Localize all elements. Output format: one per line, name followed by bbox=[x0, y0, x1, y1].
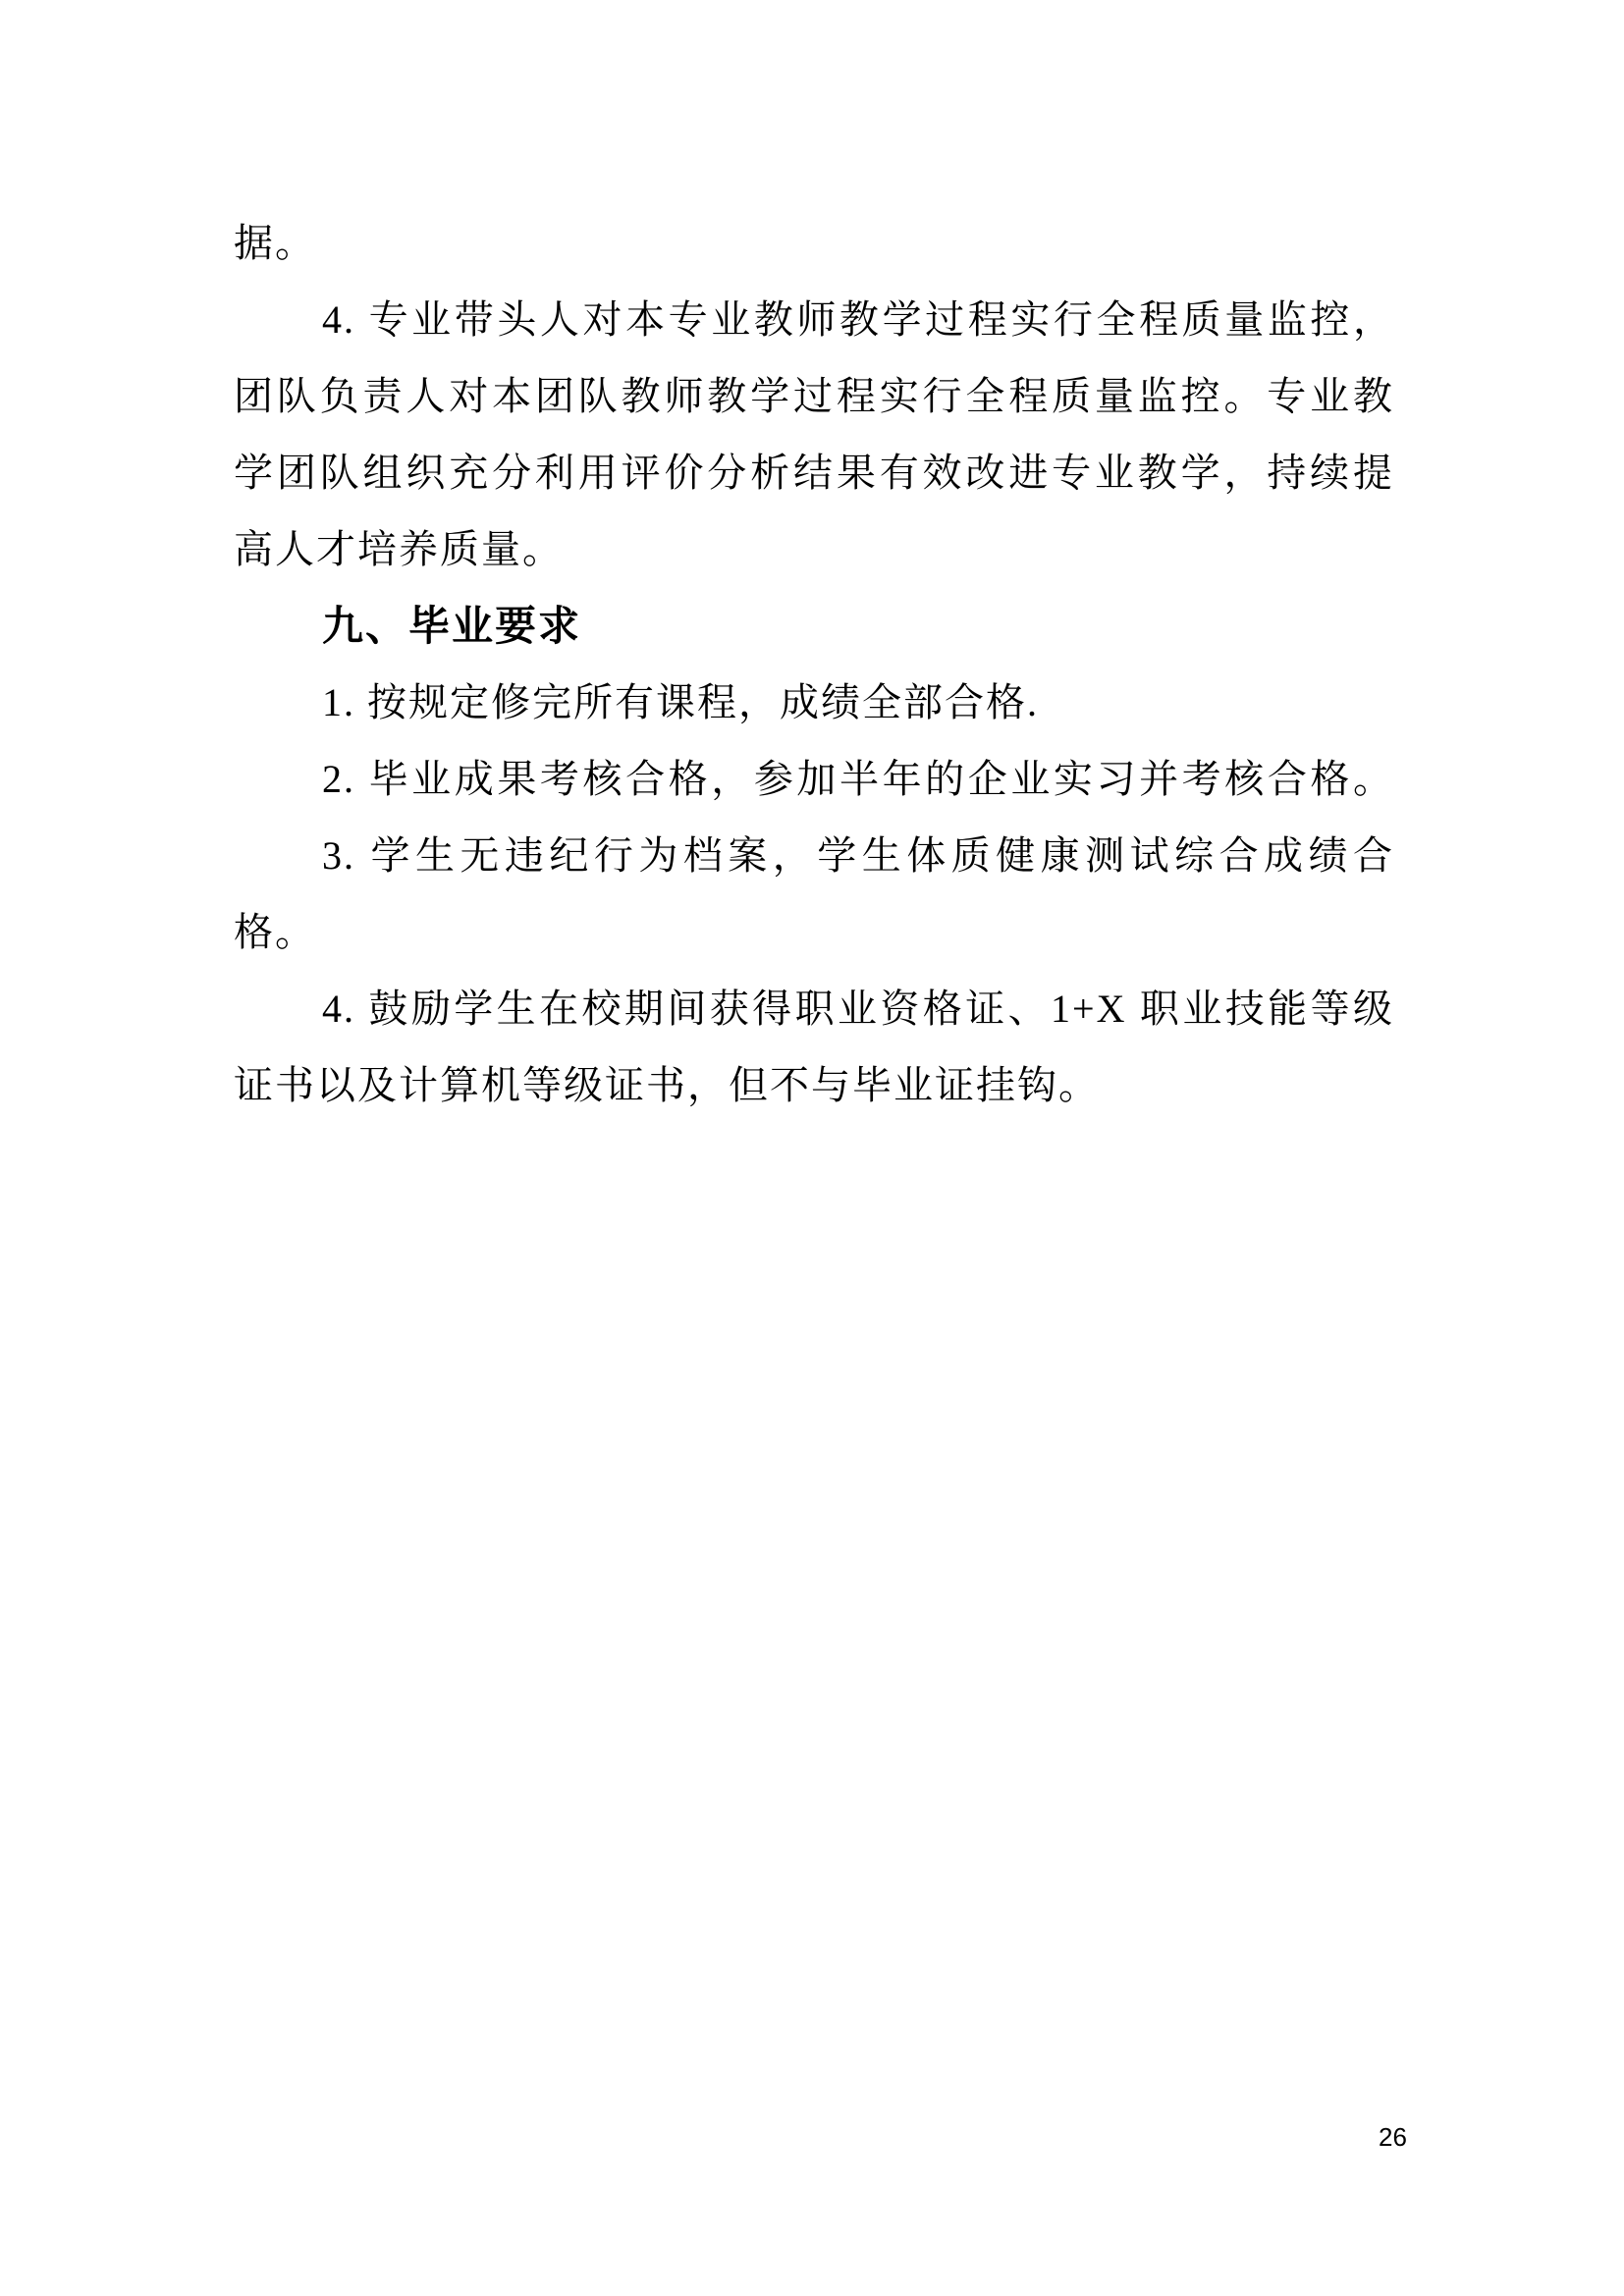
paragraph-item-4-line-1: 4. 专业带头人对本专业教师教学过程实行全程质量监控， bbox=[234, 282, 1394, 358]
requirement-item-3-line-1: 3. 学生无违纪行为档案，学生体质健康测试综合成绩合 bbox=[234, 818, 1394, 894]
paragraph-item-4-line-3: 学团队组织充分利用评价分析结果有效改进专业教学，持续提 bbox=[234, 435, 1394, 511]
paragraph-continuation-line: 据。 bbox=[234, 205, 1394, 282]
requirement-item-2-line: 2. 毕业成果考核合格，参加半年的企业实习并考核合格。 bbox=[234, 741, 1394, 818]
document-body: 据。 4. 专业带头人对本专业教师教学过程实行全程质量监控， 团队负责人对本团队… bbox=[234, 205, 1394, 1124]
requirement-item-3-line-2: 格。 bbox=[234, 894, 1394, 971]
paragraph-item-4-line-2: 团队负责人对本团队教师教学过程实行全程质量监控。专业教 bbox=[234, 358, 1394, 435]
document-page: 据。 4. 专业带头人对本专业教师教学过程实行全程质量监控， 团队负责人对本团队… bbox=[0, 0, 1624, 2296]
requirement-item-4-line-2: 证书以及计算机等级证书，但不与毕业证挂钩。 bbox=[234, 1047, 1394, 1124]
paragraph-item-4-line-4: 高人才培养质量。 bbox=[234, 511, 1394, 588]
requirement-item-4-line-1: 4. 鼓励学生在校期间获得职业资格证、1+X 职业技能等级 bbox=[234, 971, 1394, 1047]
page-number: 26 bbox=[1379, 2122, 1407, 2153]
requirement-item-1-line: 1. 按规定修完所有课程，成绩全部合格. bbox=[234, 665, 1394, 741]
section-heading-graduation-requirements: 九、毕业要求 bbox=[234, 588, 1394, 665]
